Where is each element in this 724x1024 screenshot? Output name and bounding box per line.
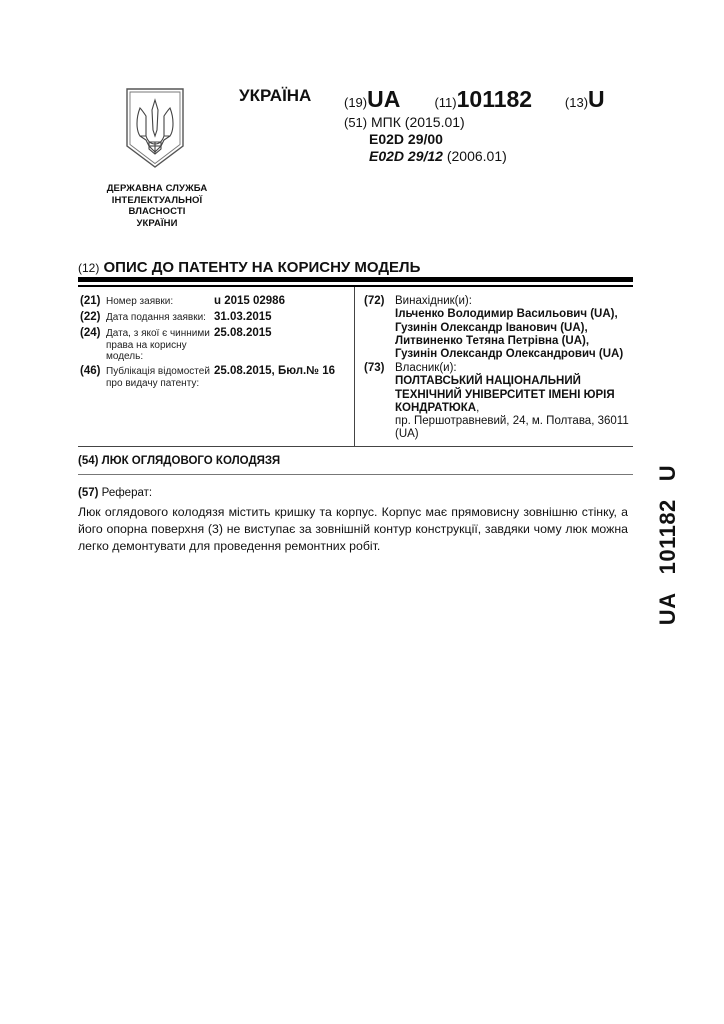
divider-bibliographic-end xyxy=(78,446,633,447)
title-text: ЛЮК ОГЛЯДОВОГО КОЛОДЯЗЯ xyxy=(102,455,280,467)
kind-code-tag: (13) xyxy=(565,95,588,110)
divider-thick xyxy=(78,277,633,282)
field-tag: (21) xyxy=(80,295,100,307)
abstract-label: Реферат: xyxy=(102,487,152,499)
document-type-tag: (12) xyxy=(78,261,99,275)
title-tag: (54) xyxy=(78,455,98,467)
abstract-text: Люк оглядового колодязя містить кришку т… xyxy=(78,504,628,555)
field-value: 25.08.2015, Бюл.№ 16 xyxy=(214,365,335,377)
column-divider xyxy=(354,287,355,447)
field-label: Власник(и): xyxy=(395,362,635,375)
inventor-name: Гузинін Олександр Іванович (UA), xyxy=(395,322,635,335)
ukraine-coat-of-arms-icon xyxy=(124,86,186,170)
agency-line: ВЛАСНОСТІ xyxy=(92,206,222,218)
ipc-classification: (51) МПК (2015.01) E02D 29/00 E02D 29/12… xyxy=(344,114,507,165)
divider-title-end xyxy=(78,474,633,475)
field-tag: (72) xyxy=(364,295,384,307)
ipc-class-1: E02D 29/00 xyxy=(344,131,507,148)
field-label: Публікація відомостей про видачу патенту… xyxy=(106,366,216,389)
inventor-name: Ільченко Володимир Васильович (UA), xyxy=(395,308,635,321)
kind-code: U xyxy=(588,86,605,112)
side-kind-code: U xyxy=(655,465,680,481)
utility-model-title: (54) ЛЮК ОГЛЯДОВОГО КОЛОДЯЗЯ xyxy=(78,455,280,467)
field-tag: (46) xyxy=(80,365,100,377)
field-value: 25.08.2015 xyxy=(214,327,272,339)
owner-name-line: ПОЛТАВСЬКИЙ НАЦІОНАЛЬНИЙ xyxy=(395,375,635,388)
abstract-heading: (57) Реферат: xyxy=(78,487,152,499)
inventor-name: Гузинін Олександр Олександрович (UA) xyxy=(395,348,635,361)
field-label: Дата подання заявки: xyxy=(106,312,216,324)
field-label: Дата, з якої є чинними права на корисну … xyxy=(106,328,216,363)
ipc-class-2-version: (2006.01) xyxy=(447,148,507,164)
field-label: Винахідник(и): xyxy=(395,295,635,308)
agency-line: ДЕРЖАВНА СЛУЖБА xyxy=(92,183,222,195)
owner-name-line: ТЕХНІЧНИЙ УНІВЕРСИТЕТ ІМЕНІ ЮРІЯ xyxy=(395,389,635,402)
side-patent-number: 101182 xyxy=(655,499,680,574)
side-country-code: UA xyxy=(655,592,680,625)
ipc-tag: (51) xyxy=(344,115,367,130)
patent-number: 101182 xyxy=(457,86,532,112)
country-name: УКРАЇНА xyxy=(239,86,311,106)
country-code-tag: (19) xyxy=(344,95,367,110)
field-label: Номер заявки: xyxy=(106,296,216,308)
field-value: 31.03.2015 xyxy=(214,311,272,323)
owner-name-line: КОНДРАТЮКА xyxy=(395,402,476,414)
field-tag: (22) xyxy=(80,311,100,323)
side-document-label: UA101182U xyxy=(648,460,688,630)
field-tag: (73) xyxy=(364,362,384,374)
abstract-tag: (57) xyxy=(78,487,98,499)
document-type: (12) ОПИС ДО ПАТЕНТУ НА КОРИСНУ МОДЕЛЬ xyxy=(78,259,420,276)
agency-line: УКРАЇНИ xyxy=(92,218,222,230)
field-value: u 2015 02986 xyxy=(214,295,285,307)
document-type-title: ОПИС ДО ПАТЕНТУ НА КОРИСНУ МОДЕЛЬ xyxy=(104,259,421,276)
ipc-label: МПК (2015.01) xyxy=(371,114,465,130)
divider-thin xyxy=(78,285,633,287)
patent-codes: (19)UA (11)101182 (13)U xyxy=(344,86,605,113)
agency-line: ІНТЕЛЕКТУАЛЬНОЇ xyxy=(92,195,222,207)
owner-name-suffix: , xyxy=(476,402,479,414)
ipc-class-2: E02D 29/12 xyxy=(369,148,443,164)
country-code: UA xyxy=(367,86,400,112)
owner-address-line: (UA) xyxy=(395,428,635,441)
field-tag: (24) xyxy=(80,327,100,339)
inventor-name: Литвиненко Тетяна Петрівна (UA), xyxy=(395,335,635,348)
patent-number-tag: (11) xyxy=(434,95,456,110)
owner-address-line: пр. Першотравневий, 24, м. Полтава, 3601… xyxy=(395,415,635,428)
agency-name: ДЕРЖАВНА СЛУЖБА ІНТЕЛЕКТУАЛЬНОЇ ВЛАСНОСТ… xyxy=(92,183,222,229)
